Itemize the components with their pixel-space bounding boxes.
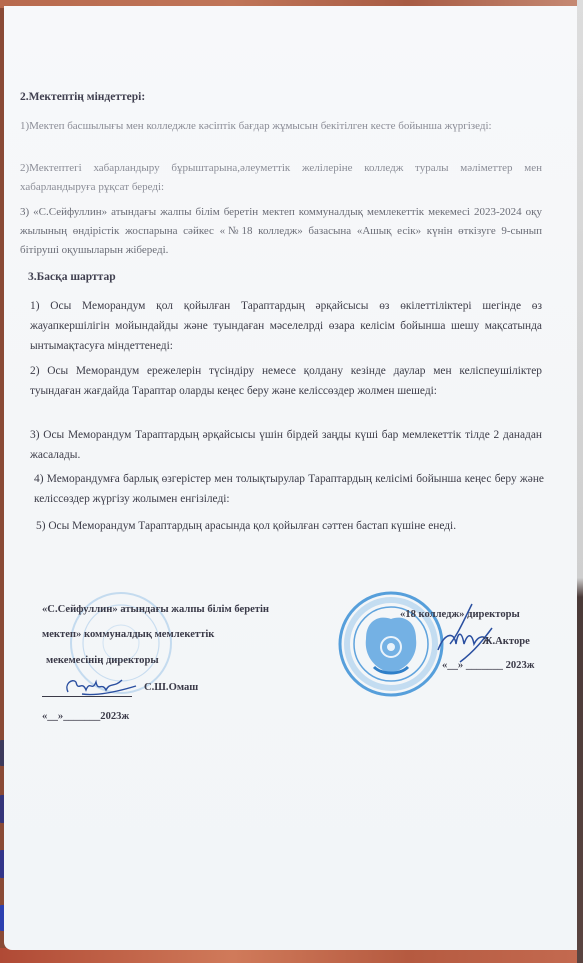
section-3-item-2: 2) Осы Меморандум ережелерін түсіндіру н… [30,361,542,401]
section-2-item-1: 1)Мектеп басшылығы мен колледжле кәсіпті… [20,117,542,136]
section-3-title: 3.Басқа шарттар [28,271,116,283]
section-3-item-4: 4) Меморандумға барлық өзгерістер мен то… [34,469,544,509]
photo-bottom-edge [0,948,583,963]
left-signatory-line-1: «С.Сейфуллин» атындағы жалпы білім берет… [42,604,269,615]
section-3-item-5: 5) Осы Меморандум Тараптардың арасында қ… [36,516,544,536]
section-2-item-2: 2)Мектептегі хабарландыру бұрыштарына,әл… [20,159,542,197]
photo-right-edge [577,0,583,963]
section-2-title: 2.Мектептің міндеттері: [20,91,145,103]
section-3-item-1: 1) Осы Меморандум қол қойылған Тараптард… [30,296,542,356]
left-signature-date: «__»_______2023ж [42,711,129,722]
left-signatory-line-3: мекемесінің директоры [46,655,159,666]
right-signature-date: «__» _______ 2023ж [442,660,534,671]
right-signatory-name: Ж.Актоpе [482,636,530,647]
left-signature-icon [62,674,142,700]
section-2-item-3: 3) «С.Сейфуллин» атындағы жалпы білім бе… [20,203,542,260]
section-3-item-3: 3) Осы Меморандум Тараптардың әрқайсысы … [30,425,542,465]
document-page: 2.Мектептің міндеттері: 1)Мектеп басшылы… [4,6,577,950]
left-signatory-name: С.Ш.Омаш [144,682,198,693]
left-signatory-line-2: мектеп» коммуналдық мемлекеттік [42,629,214,640]
